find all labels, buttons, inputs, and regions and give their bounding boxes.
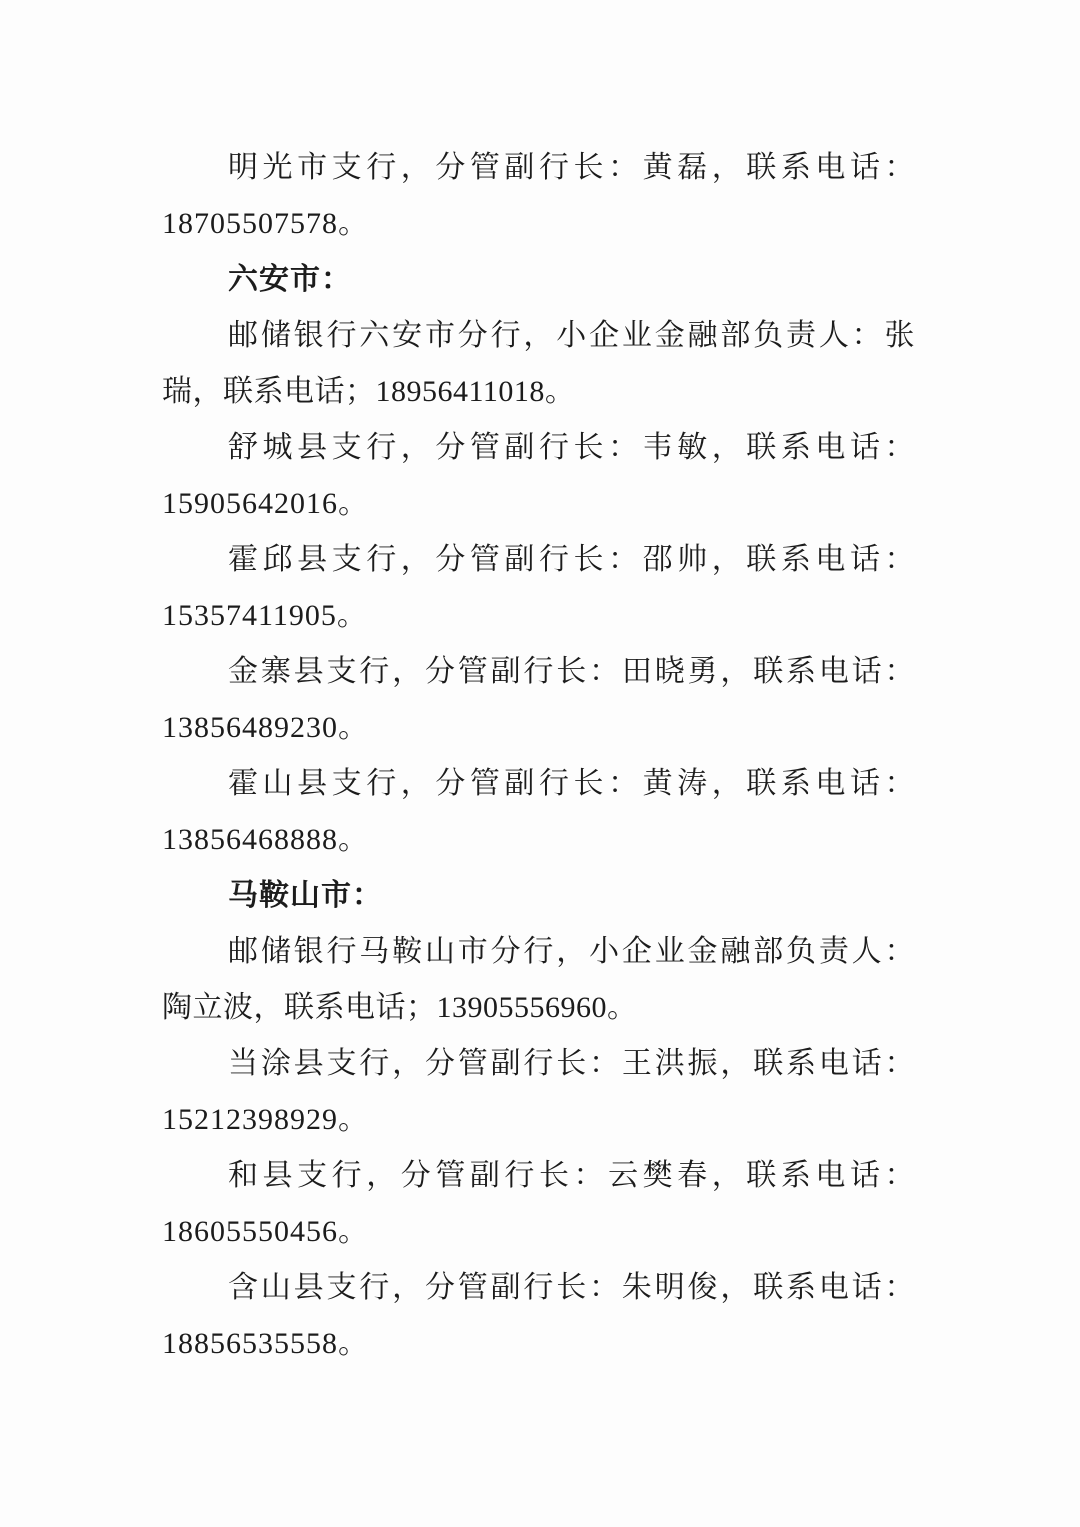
phone-line-mingguang: 18705507578。 xyxy=(162,196,915,252)
entry-continuation-luan-branch: 瑞，联系电话；18956411018。 xyxy=(162,364,915,420)
entry-line-huoshan: 霍山县支行，分管副行长：黄涛，联系电话： xyxy=(162,756,915,812)
entry-line-hexian: 和县支行，分管副行长：云樊春，联系电话： xyxy=(162,1148,915,1204)
entry-line-luan-branch: 邮储银行六安市分行，小企业金融部负责人：张 xyxy=(162,308,915,364)
entry-line-dangtu: 当涂县支行，分管副行长：王洪振，联系电话： xyxy=(162,1036,915,1092)
phone-line-hanshan: 18856535558。 xyxy=(162,1316,915,1372)
phone-line-dangtu: 15212398929。 xyxy=(162,1092,915,1148)
entry-line-mingguang: 明光市支行，分管副行长：黄磊，联系电话： xyxy=(162,140,915,196)
entry-line-shucheng: 舒城县支行，分管副行长：韦敏，联系电话： xyxy=(162,420,915,476)
entry-line-huoqiu: 霍邱县支行，分管副行长：邵帅，联系电话： xyxy=(162,532,915,588)
entry-line-maanshan-branch: 邮储银行马鞍山市分行，小企业金融部负责人： xyxy=(162,924,915,980)
phone-line-hexian: 18605550456。 xyxy=(162,1204,915,1260)
phone-line-jinzhai: 13856489230。 xyxy=(162,700,915,756)
phone-line-shucheng: 15905642016。 xyxy=(162,476,915,532)
document-page: 明光市支行，分管副行长：黄磊，联系电话： 18705507578。 六安市： 邮… xyxy=(162,140,915,1372)
phone-line-huoshan: 13856468888。 xyxy=(162,812,915,868)
entry-line-hanshan: 含山县支行，分管副行长：朱明俊，联系电话： xyxy=(162,1260,915,1316)
section-header-luan: 六安市： xyxy=(162,252,915,308)
entry-continuation-maanshan-branch: 陶立波，联系电话；13905556960。 xyxy=(162,980,915,1036)
entry-line-jinzhai: 金寨县支行，分管副行长：田晓勇，联系电话： xyxy=(162,644,915,700)
section-header-maanshan: 马鞍山市： xyxy=(162,868,915,924)
phone-line-huoqiu: 15357411905。 xyxy=(162,588,915,644)
